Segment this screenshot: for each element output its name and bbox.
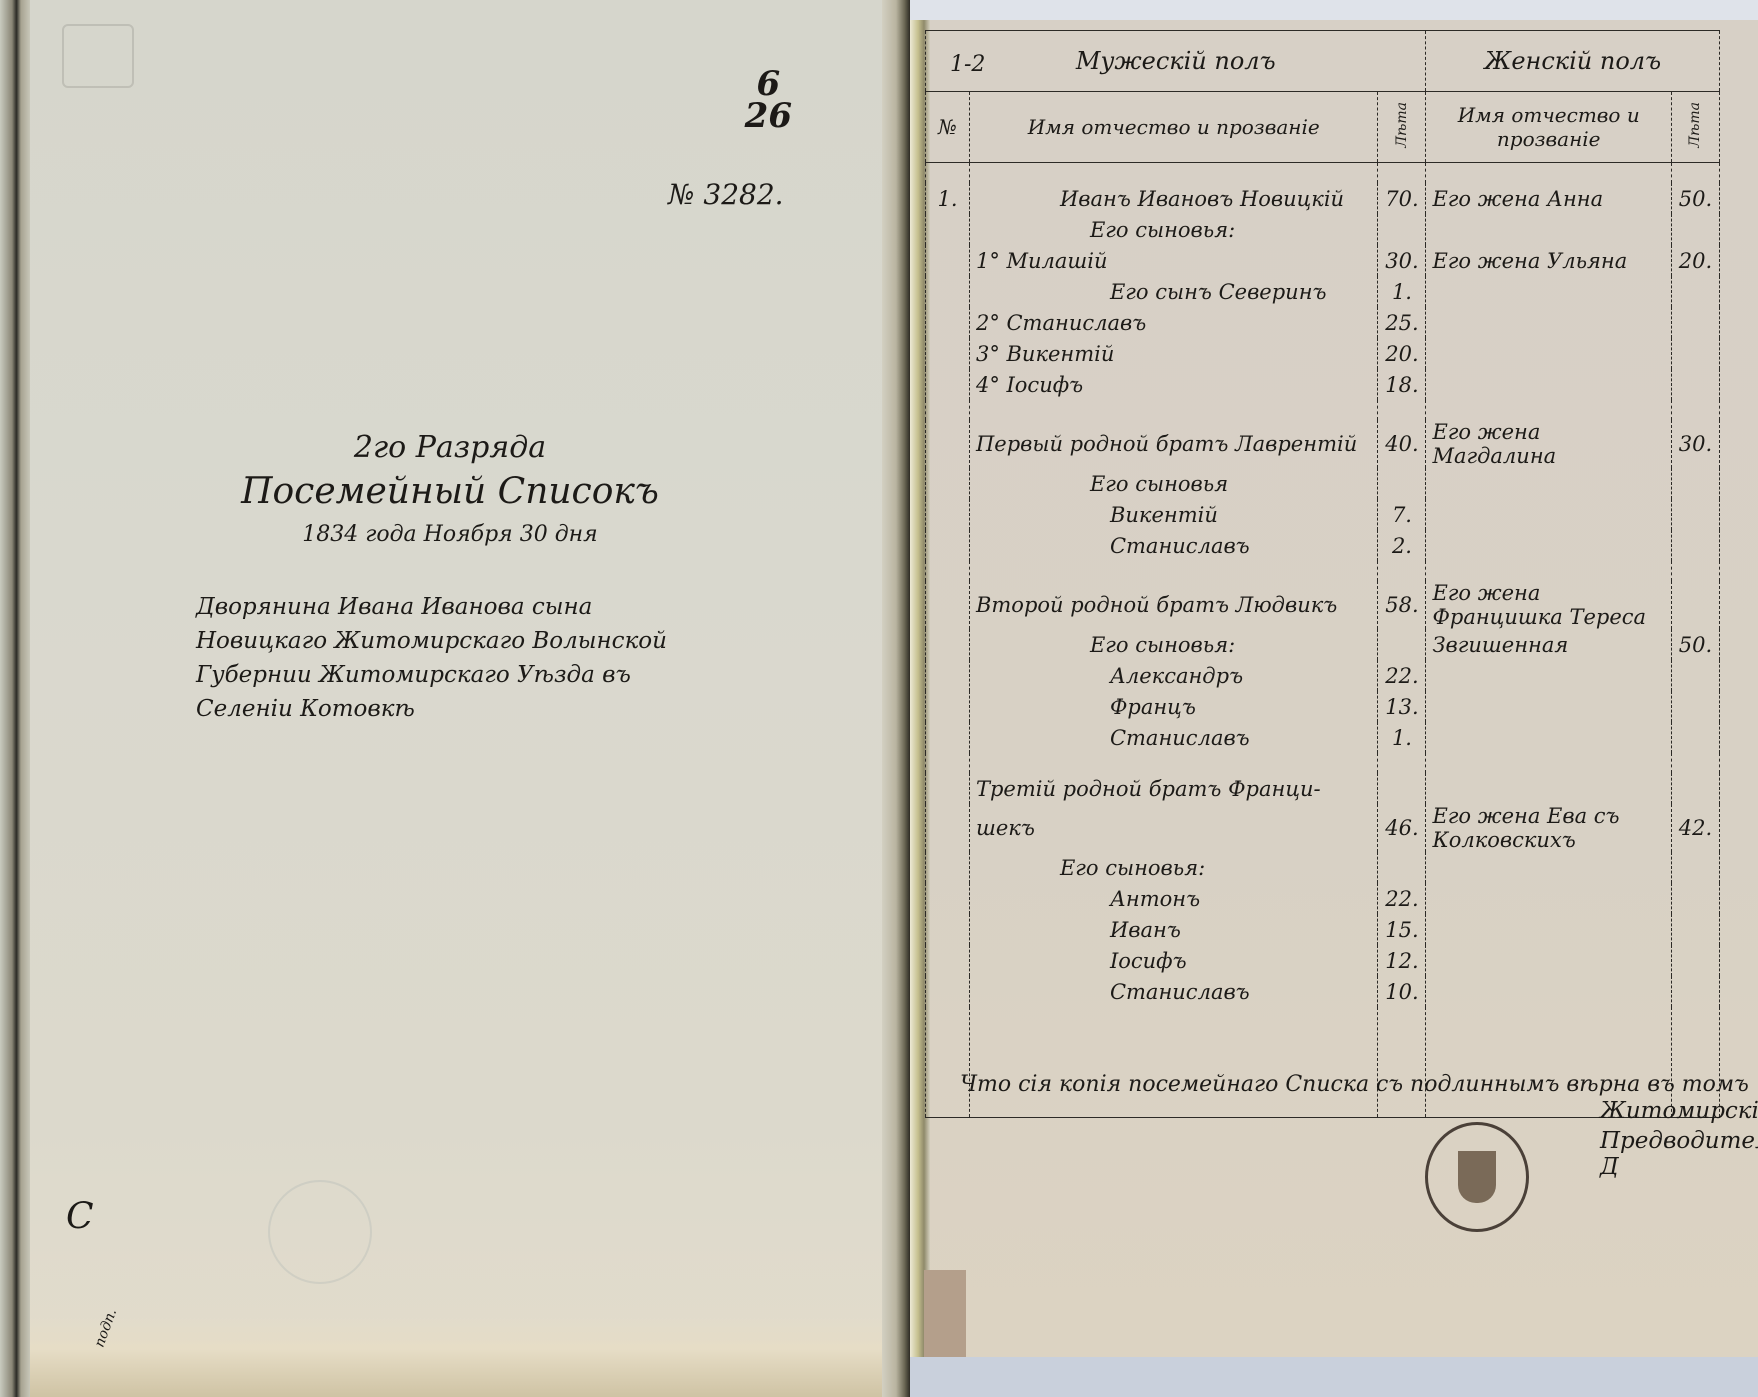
female-name	[1426, 369, 1672, 400]
header-male-age: Лѣта	[1378, 92, 1426, 163]
table-row: шекъ 46. Его жена Ева съ Колковскихъ 42.	[926, 804, 1720, 852]
female-age	[1671, 691, 1719, 722]
male-age: 15.	[1378, 914, 1426, 945]
table-row: Первый родной братъ Лаврентiй 40. Его же…	[926, 420, 1720, 468]
male-name: Антонъ	[969, 883, 1378, 914]
female-age	[1671, 214, 1719, 245]
male-age	[1378, 468, 1426, 499]
left-binding	[0, 0, 30, 1397]
female-age	[1671, 468, 1719, 499]
male-age	[1378, 773, 1426, 804]
paper-watermark-stamp	[62, 24, 134, 88]
table-row: Его сыновья	[926, 468, 1720, 499]
row-number	[926, 852, 970, 883]
male-age	[1378, 852, 1426, 883]
row-number	[926, 369, 970, 400]
female-name	[1426, 722, 1672, 753]
female-age	[1671, 773, 1719, 804]
left-page-edge	[882, 0, 910, 1397]
female-name	[1426, 499, 1672, 530]
table-row: Iосифъ 12.	[926, 945, 1720, 976]
table-row: Его сыновья: Звгишенная 50.	[926, 629, 1720, 660]
row-number	[926, 691, 970, 722]
male-name: 2° Станиславъ	[969, 307, 1378, 338]
male-age: 40.	[1378, 420, 1426, 468]
header-male-name: Имя отчество и прозванiе	[969, 92, 1378, 163]
folio-number: 6 26	[745, 68, 792, 132]
signature-line-2: Предводитель Д	[1600, 1128, 1758, 1180]
female-age	[1671, 945, 1719, 976]
table-row: Его сынъ Северинъ 1.	[926, 276, 1720, 307]
male-age: 1.	[1378, 722, 1426, 753]
corner-letter: С	[66, 1196, 94, 1237]
female-name: Его жена Францишка Тереса	[1426, 581, 1672, 629]
table-row: Иванъ 15.	[926, 914, 1720, 945]
female-name	[1426, 214, 1672, 245]
row-number	[926, 420, 970, 468]
male-name: Второй родной братъ Людвикъ	[969, 581, 1378, 629]
row-number	[926, 629, 970, 660]
male-age: 18.	[1378, 369, 1426, 400]
male-name: Иванъ	[969, 914, 1378, 945]
male-age	[1378, 214, 1426, 245]
female-age	[1671, 499, 1719, 530]
spacer-row	[926, 561, 1720, 581]
female-name	[1426, 660, 1672, 691]
female-age	[1671, 722, 1719, 753]
table-row: Станиславъ 10.	[926, 976, 1720, 1007]
row-number	[926, 581, 970, 629]
row-number	[926, 530, 970, 561]
document-title: Посемейный Списокъ	[200, 471, 700, 512]
spacer-row	[926, 163, 1720, 184]
female-age: 20.	[1671, 245, 1719, 276]
row-number	[926, 468, 970, 499]
left-page-worn-bottom	[30, 1317, 882, 1397]
male-age: 1.	[1378, 276, 1426, 307]
female-age: 50.	[1671, 629, 1719, 660]
female-age: 42.	[1671, 804, 1719, 852]
signature-line-1: Житомирскiй	[1600, 1098, 1758, 1124]
female-name	[1426, 468, 1672, 499]
table-row: Станиславъ 2.	[926, 530, 1720, 561]
age-label: Лѣта	[1394, 102, 1410, 148]
row-number	[926, 773, 970, 804]
page-tab	[924, 1270, 966, 1360]
male-name: Его сыновья:	[969, 214, 1378, 245]
table-row: Третiй родной братъ Франци-	[926, 773, 1720, 804]
female-age	[1671, 530, 1719, 561]
male-name: Iосифъ	[969, 945, 1378, 976]
male-age: 12.	[1378, 945, 1426, 976]
table-row: 1. Иванъ Ивановъ Новицкiй 70. Его жена А…	[926, 183, 1720, 214]
female-name	[1426, 338, 1672, 369]
row-number	[926, 722, 970, 753]
female-age	[1671, 307, 1719, 338]
header-row-columns: № Имя отчество и прозванiе Лѣта Имя отче…	[926, 92, 1720, 163]
male-age: 7.	[1378, 499, 1426, 530]
female-name	[1426, 945, 1672, 976]
row-number	[926, 214, 970, 245]
female-name: Его жена Ева съ Колковскихъ	[1426, 804, 1672, 852]
category-label: 2го Разряда	[200, 430, 700, 465]
male-age	[1378, 629, 1426, 660]
table-row: Второй родной братъ Людвикъ 58. Его жена…	[926, 581, 1720, 629]
male-age: 25.	[1378, 307, 1426, 338]
female-age: 50.	[1671, 183, 1719, 214]
table-row: 1° Милашiй 30. Его жена Ульяна 20.	[926, 245, 1720, 276]
male-name: Викентiй	[969, 499, 1378, 530]
family-register-table: Мужескiй полъ Женскiй полъ № Имя отчеств…	[925, 30, 1720, 1118]
row-number	[926, 976, 970, 1007]
row-number	[926, 883, 970, 914]
table-row: Викентiй 7.	[926, 499, 1720, 530]
male-age: 58.	[1378, 581, 1426, 629]
header-female: Женскiй полъ	[1426, 31, 1720, 92]
female-name: Его жена Магдалина	[1426, 420, 1672, 468]
table-row: Его сыновья:	[926, 852, 1720, 883]
female-name: Звгишенная	[1426, 629, 1672, 660]
female-age	[1671, 883, 1719, 914]
row-number	[926, 338, 970, 369]
row-number	[926, 804, 970, 852]
row-number	[926, 499, 970, 530]
female-age	[1671, 660, 1719, 691]
male-age: 2.	[1378, 530, 1426, 561]
female-age	[1671, 852, 1719, 883]
certification-text: Что сiя копiя посемейнаго Списка съ подл…	[960, 1072, 1749, 1097]
table-row: 2° Станиславъ 25.	[926, 307, 1720, 338]
table-row: Антонъ 22.	[926, 883, 1720, 914]
male-name: 4° Iосифъ	[969, 369, 1378, 400]
female-age	[1671, 338, 1719, 369]
male-name: 3° Викентiй	[969, 338, 1378, 369]
document-spread: 6 26 № 3282. 2го Разряда Посемейный Спис…	[0, 0, 1758, 1397]
scan-background-strip	[910, 1357, 1758, 1397]
female-age	[1671, 914, 1719, 945]
row-number	[926, 660, 970, 691]
male-name: Первый родной братъ Лаврентiй	[969, 420, 1378, 468]
folio-bottom: 26	[745, 100, 792, 132]
male-name: Александръ	[969, 660, 1378, 691]
female-age	[1671, 276, 1719, 307]
female-name	[1426, 883, 1672, 914]
female-name: Его жена Ульяна	[1426, 245, 1672, 276]
male-age: 46.	[1378, 804, 1426, 852]
female-name	[1426, 914, 1672, 945]
male-name: Станиславъ	[969, 722, 1378, 753]
document-date: 1834 года Ноября 30 дня	[200, 522, 700, 547]
male-age: 13.	[1378, 691, 1426, 722]
header-female-age: Лѣта	[1671, 92, 1719, 163]
male-age: 10.	[1378, 976, 1426, 1007]
table-row: 4° Iосифъ 18.	[926, 369, 1720, 400]
male-name: Его сыновья:	[969, 852, 1378, 883]
female-name	[1426, 530, 1672, 561]
female-age	[1671, 976, 1719, 1007]
male-name: Его сынъ Северинъ	[969, 276, 1378, 307]
spacer-row	[926, 400, 1720, 420]
table-row: 3° Викентiй 20.	[926, 338, 1720, 369]
row-number: 1.	[926, 183, 970, 214]
table-row: Александръ 22.	[926, 660, 1720, 691]
male-age: 30.	[1378, 245, 1426, 276]
row-number	[926, 276, 970, 307]
male-name: Третiй родной братъ Франци-	[969, 773, 1378, 804]
male-age: 22.	[1378, 883, 1426, 914]
nobility-seal-stamp	[1425, 1122, 1529, 1232]
female-age	[1671, 369, 1719, 400]
male-name: Станиславъ	[969, 976, 1378, 1007]
male-name: Его сыновья	[969, 468, 1378, 499]
header-male: Мужескiй полъ	[926, 31, 1426, 92]
table-row: Его сыновья:	[926, 214, 1720, 245]
male-name: 1° Милашiй	[969, 245, 1378, 276]
male-age: 22.	[1378, 660, 1426, 691]
male-name: Его сыновья:	[969, 629, 1378, 660]
female-name	[1426, 852, 1672, 883]
female-age	[1671, 581, 1719, 629]
male-age: 70.	[1378, 183, 1426, 214]
table-row: Станиславъ 1.	[926, 722, 1720, 753]
female-name: Его жена Анна	[1426, 183, 1672, 214]
female-name	[1426, 773, 1672, 804]
row-number	[926, 914, 970, 945]
female-name	[1426, 691, 1672, 722]
spacer-row	[926, 753, 1720, 773]
female-name	[1426, 976, 1672, 1007]
row-number	[926, 307, 970, 338]
header-number: №	[926, 92, 970, 163]
male-name: Иванъ Ивановъ Новицкiй	[969, 183, 1378, 214]
female-name	[1426, 307, 1672, 338]
male-age: 20.	[1378, 338, 1426, 369]
left-page: 6 26 № 3282. 2го Разряда Посемейный Спис…	[0, 0, 910, 1397]
row-number	[926, 245, 970, 276]
header-row-sex: Мужескiй полъ Женскiй полъ	[926, 31, 1720, 92]
age-label: Лѣта	[1687, 102, 1703, 148]
title-block: 2го Разряда Посемейный Списокъ 1834 года…	[200, 430, 700, 547]
male-name: шекъ	[969, 804, 1378, 852]
female-name	[1426, 276, 1672, 307]
coat-of-arms-shield-icon	[1458, 1151, 1496, 1203]
male-name: Францъ	[969, 691, 1378, 722]
header-female-name: Имя отчество и прозванiе	[1426, 92, 1672, 163]
female-age: 30.	[1671, 420, 1719, 468]
male-name: Станиславъ	[969, 530, 1378, 561]
document-description: Дворянина Ивана Иванова сына Новицкаго Ж…	[196, 590, 716, 726]
table-row: Францъ 13.	[926, 691, 1720, 722]
faded-stamp	[268, 1180, 372, 1284]
document-number: № 3282.	[668, 178, 784, 211]
row-number	[926, 945, 970, 976]
